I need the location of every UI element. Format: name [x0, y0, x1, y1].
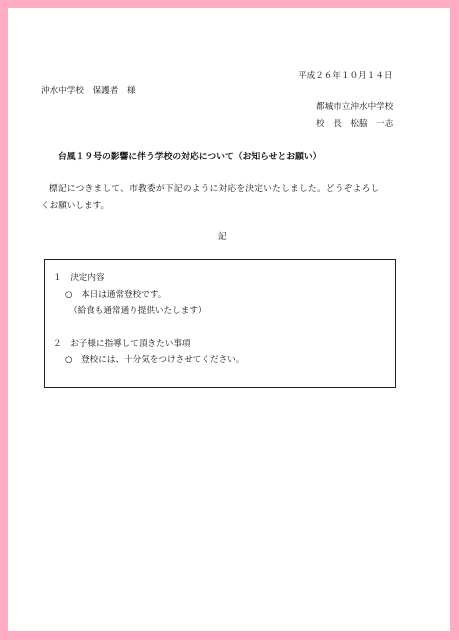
- section-2-heading: ２ お子様に指導して頂きたい事項: [53, 339, 191, 350]
- document-page: 平成２６年１０月１４日 沖水中学校 保護者 様 都城市立沖水中学校 校 長 松脇…: [8, 8, 450, 631]
- sender-name: 校 長 松脇 一志: [316, 119, 393, 130]
- recipient: 沖水中学校 保護者 様: [41, 86, 136, 97]
- body-line-2: くお願いします。: [41, 201, 109, 212]
- section-1-item-2: （給食も通常通り提供いたします）: [69, 306, 207, 317]
- section-1-item-1: ○ 本日は通常登校です。: [65, 290, 166, 301]
- section-2-item-1: ○ 登校には、十分気をつけさせてください。: [65, 355, 244, 366]
- notice-box: １ 決定内容 ○ 本日は通常登校です。 （給食も通常通り提供いたします） ２ お…: [44, 259, 396, 388]
- date: 平成２６年１０月１４日: [298, 71, 393, 82]
- sender-school: 都城市立沖水中学校: [316, 102, 393, 113]
- body-line-1: 標記につきまして、市教委が下記のように対応を決定いたしました。どうぞよろし: [49, 184, 380, 195]
- section-1-heading: １ 決定内容: [53, 273, 105, 284]
- ki-label: 記: [218, 232, 227, 243]
- document-title: 台風１９号の影響に伴う学校の対応について（お知らせとお願い）: [58, 152, 321, 163]
